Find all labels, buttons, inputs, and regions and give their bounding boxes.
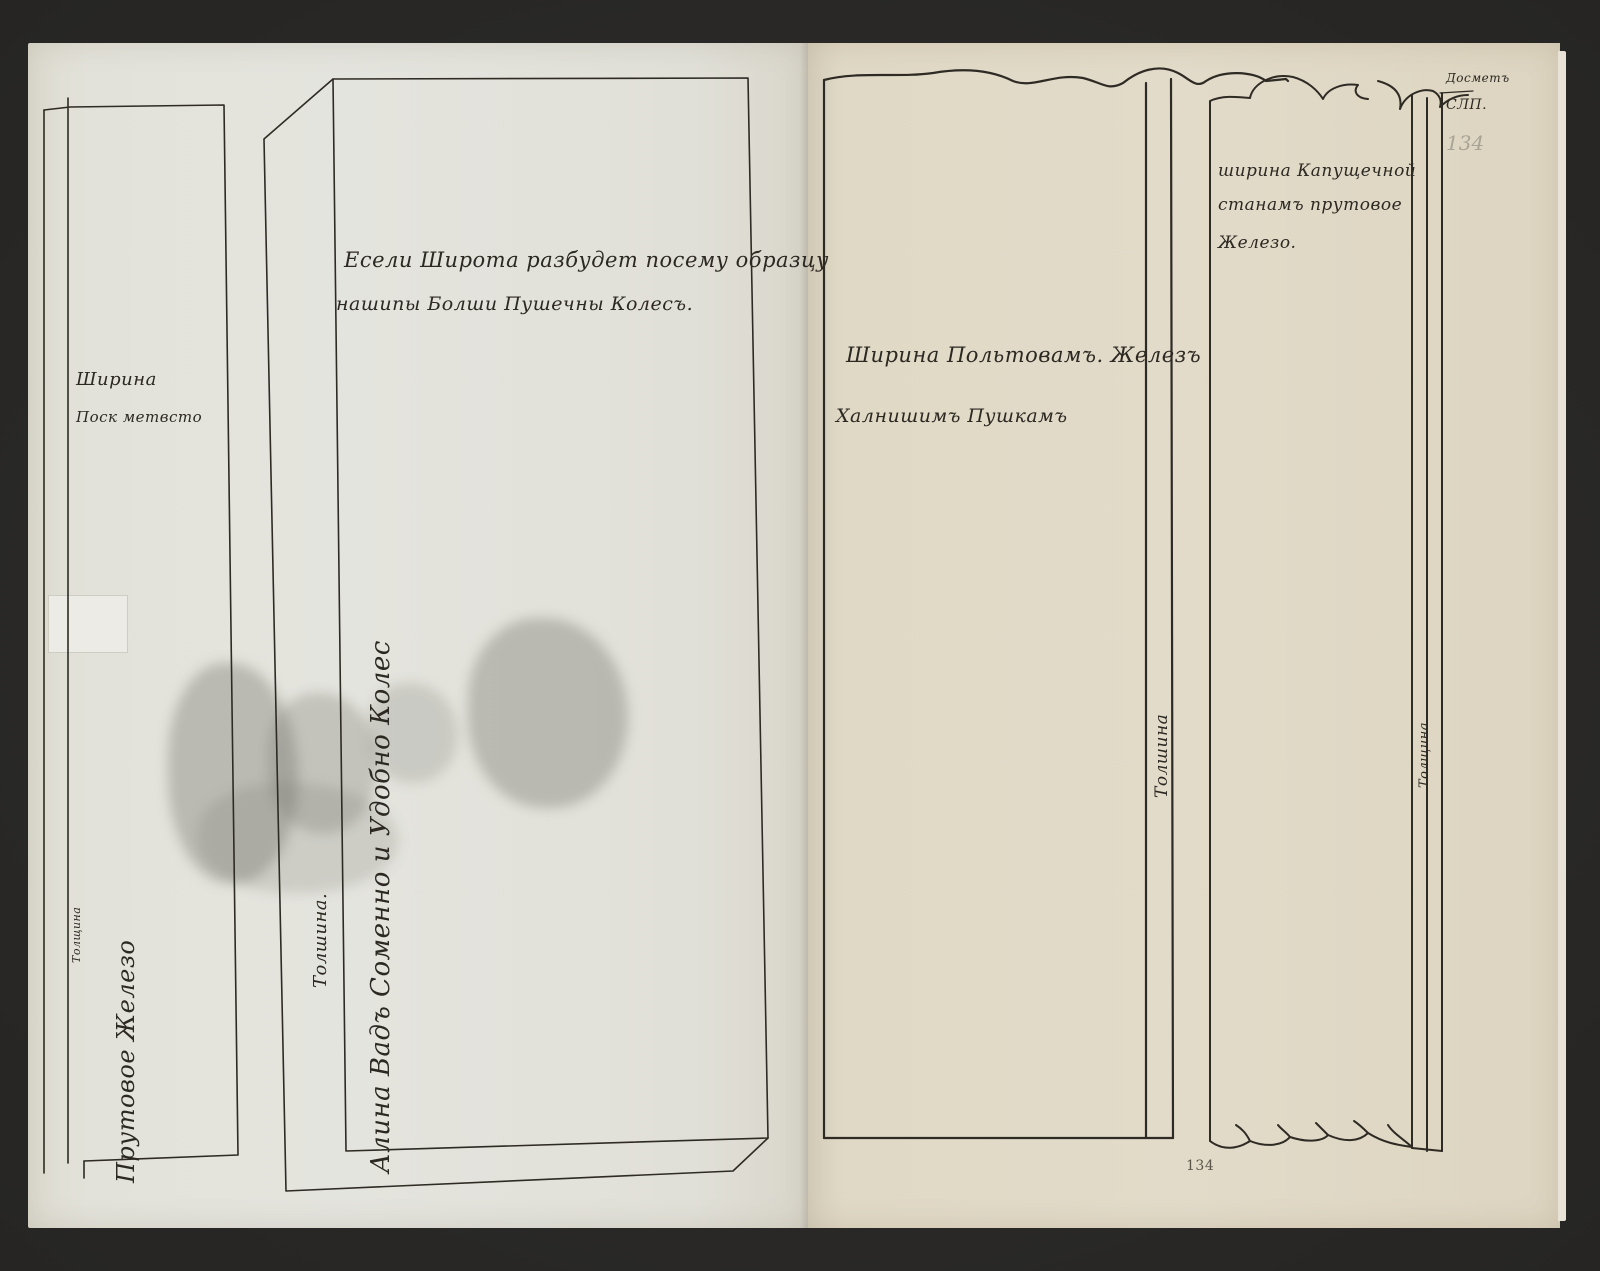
right-col2-width-label-1: ширина Капущечной (1218, 161, 1416, 181)
right-col2-width-label-3: Железо. (1218, 233, 1296, 253)
right-col1-outline (824, 68, 1288, 1138)
margin-note-2: СЛП. (1446, 97, 1487, 113)
left-col1-vertical-text: Прутовое Железо (112, 940, 140, 1183)
left-col1-width-label: Ширина (76, 369, 157, 390)
left-col1-width-label-2: Поск метвсто (76, 408, 202, 426)
margin-note-1: Досметъ (1446, 71, 1510, 85)
right-col1-width-label-2: Халнишимъ Пушкамъ (836, 405, 1068, 427)
left-col2-vertical-text: Алина Вадъ Соменно и Удобно Колес (366, 640, 396, 1173)
left-col1-thickness-label: Толщина (70, 907, 83, 963)
scan-background: Ширина Поск метвсто Толщина Прутовое Жел… (0, 0, 1600, 1271)
right-col2-width-label-2: станамъ прутовое (1218, 195, 1402, 215)
page-number: 134 (1186, 1158, 1214, 1174)
template-outlines (28, 43, 1560, 1228)
right-col2-thickness-label: Толщина (1417, 722, 1432, 788)
left-strip-outline (44, 98, 238, 1178)
pencil-folio-number: 134 (1446, 131, 1484, 155)
right-col1-thickness-label: Толшина (1152, 714, 1172, 798)
left-wide-outline (264, 78, 768, 1191)
margin-rule (1440, 91, 1473, 93)
right-col1-width-label-1: Ширина Польтовамъ. Железъ (846, 343, 1201, 367)
left-col2-thickness-label: Толшина. (310, 893, 331, 988)
left-col2-header-2: нашипы Болши Пушечны Колесъ. (336, 293, 693, 315)
manuscript-sheet: Ширина Поск метвсто Толщина Прутовое Жел… (28, 43, 1560, 1228)
left-col2-header-1: Есели Широта разбудет посему образцу (344, 248, 829, 272)
